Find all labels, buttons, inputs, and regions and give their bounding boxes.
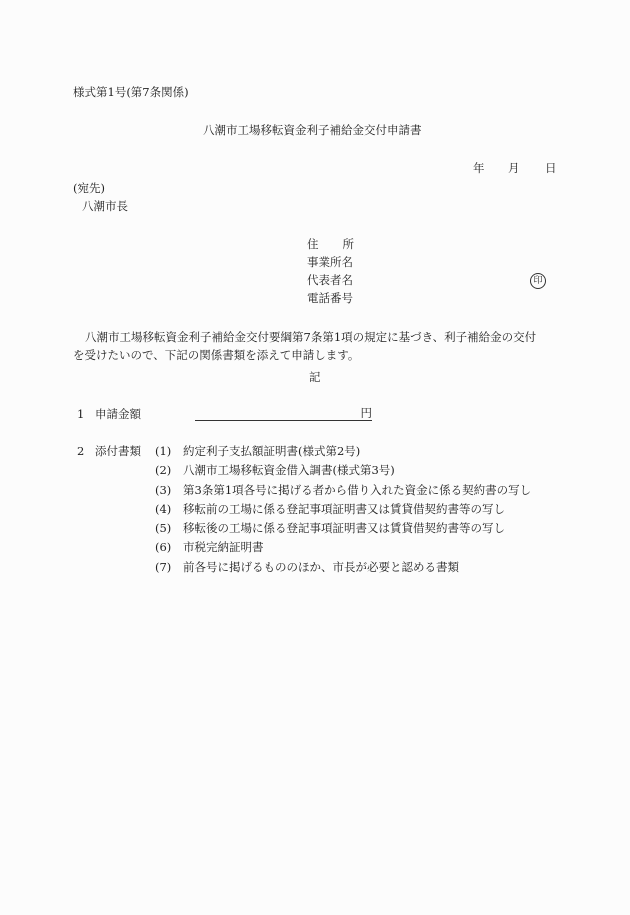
list-item: (6) 市税完納証明書	[155, 539, 531, 558]
phone-row: 電話番号	[307, 289, 367, 307]
section-1-label: 申請金額	[95, 406, 141, 422]
application-amount-field[interactable]: 円	[195, 405, 372, 421]
statement-line-2: を受けたいので、下記の関係書類を添えて申請します。	[73, 346, 563, 364]
section-2-number: 2	[77, 443, 84, 459]
date-month-label: 月	[508, 160, 520, 176]
date-year-label: 年	[473, 160, 485, 176]
addressee-name: 八潮市長	[82, 198, 128, 214]
addressee-label: (宛先)	[73, 180, 105, 196]
yen-unit: 円	[361, 405, 373, 421]
seal-icon: 印	[530, 273, 546, 289]
attachment-list: (1) 約定利子支払額証明書(様式第2号) (2) 八潮市工場移転資金借入調書(…	[155, 443, 531, 578]
applicant-block: 住 所 事業所名 代表者名 電話番号	[307, 235, 367, 307]
business-name-label: 事業所名	[307, 253, 367, 271]
form-number: 様式第1号(第7条関係)	[73, 84, 189, 100]
list-item: (2) 八潮市工場移転資金借入調書(様式第3号)	[155, 462, 531, 481]
list-item: (5) 移転後の工場に係る登記事項証明書又は賃貸借契約書等の写し	[155, 520, 531, 539]
list-item: (1) 約定利子支払額証明書(様式第2号)	[155, 443, 531, 462]
list-item: (3) 第3条第1項各号に掲げる者から借り入れた資金に係る契約書の写し	[155, 482, 531, 501]
application-statement: 八潮市工場移転資金利子補給金交付要綱第7条第1項の規定に基づき、利子補給金の交付…	[73, 328, 563, 364]
statement-line-1: 八潮市工場移転資金利子補給金交付要綱第7条第1項の規定に基づき、利子補給金の交付	[73, 328, 563, 346]
representative-row: 代表者名	[307, 271, 367, 289]
representative-label: 代表者名	[307, 271, 367, 289]
ki-heading: 記	[309, 369, 321, 385]
address-label: 住 所	[307, 235, 354, 253]
phone-label: 電話番号	[307, 289, 367, 307]
list-item: (4) 移転前の工場に係る登記事項証明書又は賃貸借契約書等の写し	[155, 501, 531, 520]
address-row: 住 所	[307, 235, 367, 253]
date-day-label: 日	[545, 160, 557, 176]
section-2-label: 添付書類	[95, 443, 141, 459]
document-title: 八潮市工場移転資金利子補給金交付申請書	[203, 122, 422, 138]
list-item: (7) 前各号に掲げるもののほか、市長が必要と認める書類	[155, 559, 531, 578]
business-name-row: 事業所名	[307, 253, 367, 271]
section-1-number: 1	[77, 406, 84, 422]
